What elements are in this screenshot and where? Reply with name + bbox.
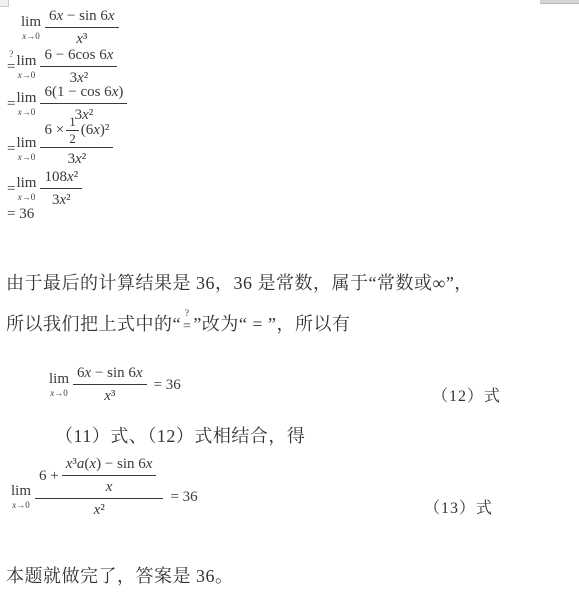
table-border-fragment: [0, 0, 9, 7]
lim-subscript: x→0: [18, 71, 36, 80]
outer-fraction: 6 + x³a(x) − sin 6x x x²: [35, 455, 163, 538]
equation-step-5: = lim x→0 108x² 3x²: [7, 168, 85, 209]
limit-operator: lim x→0: [21, 15, 41, 41]
formula-12-label: （12）式: [432, 383, 501, 406]
lim-subscript: x→0: [50, 389, 68, 398]
formula-result: = 36: [154, 376, 181, 394]
equation-step-6: = 36: [7, 205, 34, 223]
outer-denominator: x²: [94, 499, 105, 538]
formula-result: = 36: [170, 488, 197, 506]
fraction: 108x² 3x²: [40, 168, 82, 209]
outer-numerator: 6 + x³a(x) − sin 6x x: [35, 455, 163, 499]
fraction-numerator: 6(1 − cos 6x): [40, 83, 127, 104]
question-mark: ?: [9, 50, 13, 59]
fraction-denominator: x³: [104, 385, 115, 405]
limit-operator: lim x→0: [11, 484, 31, 510]
question-mark: ?: [185, 309, 190, 318]
scrollbar-fragment[interactable]: [540, 0, 579, 4]
lim-word: lim: [16, 136, 36, 151]
combine-line: （11）式、（12）式相结合，得: [55, 424, 305, 449]
equation-step-1: lim x→0 6x − sin 6x x³: [20, 7, 122, 48]
limit-operator: lim x→0: [16, 176, 36, 202]
formula-12: lim x→0 6x − sin 6x x³ = 36: [48, 364, 181, 405]
equals-sign: =: [7, 140, 15, 158]
half-numerator: 1: [66, 115, 79, 131]
lim-word: lim: [16, 176, 36, 191]
formula-13: lim x→0 6 + x³a(x) − sin 6x x x² = 36: [10, 455, 198, 538]
fraction-numerator: 6x − sin 6x: [73, 364, 147, 385]
fraction-numerator: 6 × 1 2 (6x)²: [40, 115, 113, 148]
inner-denominator: x: [106, 476, 113, 496]
inner-fraction: x³a(x) − sin 6x x: [62, 455, 157, 496]
lim-word: lim: [21, 15, 41, 30]
fraction-denominator: x³: [76, 28, 87, 48]
lim-subscript: x→0: [18, 153, 36, 162]
equals-sign: =: [7, 180, 15, 198]
inner-numerator: x³a(x) − sin 6x: [62, 455, 157, 476]
lim-subscript: x→0: [22, 32, 40, 41]
paragraph-line-1: 由于最后的计算结果是 36，36 是常数，属于“常数或∞”，: [6, 271, 473, 296]
equals-sign: =: [183, 319, 191, 334]
fraction-numerator: 6 − 6cos 6x: [40, 46, 117, 67]
numerator-prefix: 6 +: [39, 467, 59, 485]
fraction-numerator: 108x²: [40, 168, 82, 189]
lim-word: lim: [11, 484, 31, 499]
fraction-denominator: 3x²: [52, 189, 71, 209]
equals-sign: =: [7, 95, 15, 113]
fraction: 6x − sin 6x x³: [73, 364, 147, 405]
lim-word: lim: [49, 372, 69, 387]
questioned-equals-inline: ?=: [183, 317, 191, 337]
numerator-prefix: 6 ×: [44, 121, 64, 139]
formula-13-label: （13）式: [424, 495, 493, 518]
paragraph-line-2-before: 所以我们把上式中的“: [6, 314, 181, 334]
lim-subscript: x→0: [12, 501, 30, 510]
equation-step-2: ? = lim x→0 6 − 6cos 6x 3x²: [7, 46, 120, 87]
paragraph-line-2-after: ”改为“ = ”，所以有: [193, 314, 350, 334]
fraction-numerator: 6x − sin 6x: [45, 7, 119, 28]
lim-subscript: x→0: [18, 193, 36, 202]
numerator-suffix: (6x)²: [81, 121, 110, 139]
limit-operator: lim x→0: [49, 372, 69, 398]
limit-operator: lim x→0: [16, 54, 36, 80]
paragraph-line-2: 所以我们把上式中的“?=”改为“ = ”，所以有: [6, 312, 351, 337]
equals-sign: =: [7, 59, 15, 75]
final-result: = 36: [7, 205, 34, 223]
fraction: 6 − 6cos 6x 3x²: [40, 46, 117, 87]
questioned-equals: ? =: [7, 58, 15, 76]
closing-line: 本题就做完了，答案是 36。: [6, 564, 234, 589]
one-half-fraction: 1 2: [66, 115, 79, 145]
limit-operator: lim x→0: [16, 136, 36, 162]
document-page: lim x→0 6x − sin 6x x³ ? = lim x→0 6 − 6…: [0, 0, 579, 609]
lim-word: lim: [16, 54, 36, 69]
limit-operator: lim x→0: [16, 91, 36, 117]
fraction: 6x − sin 6x x³: [45, 7, 119, 48]
lim-word: lim: [16, 91, 36, 106]
half-denominator: 2: [69, 131, 76, 146]
